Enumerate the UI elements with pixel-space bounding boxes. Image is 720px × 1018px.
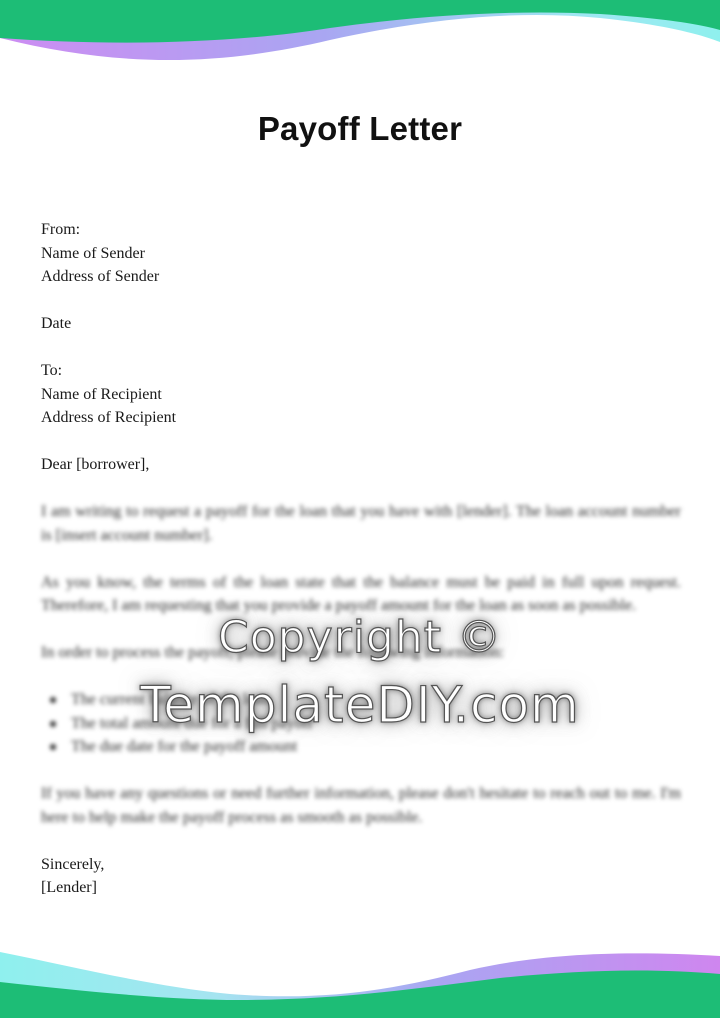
watermark-copyright: Copyright ©: [0, 612, 720, 663]
closing: Sincerely,: [41, 853, 681, 877]
paragraph-closing: If you have any questions or need furthe…: [41, 782, 681, 829]
paragraph-request: I am writing to request a payoff for the…: [41, 500, 681, 547]
sender-block: From: Name of Sender Address of Sender: [41, 218, 681, 289]
letter-body: From: Name of Sender Address of Sender D…: [41, 218, 681, 900]
page-title: Payoff Letter: [0, 110, 720, 148]
recipient-name: Name of Recipient: [41, 383, 681, 407]
recipient-block: To: Name of Recipient Address of Recipie…: [41, 359, 681, 430]
spacer: [41, 547, 681, 571]
recipient-address: Address of Recipient: [41, 406, 681, 430]
sender-label: From:: [41, 218, 681, 242]
bullet-item: The due date for the payoff amount: [49, 735, 681, 759]
spacer: [41, 336, 681, 360]
spacer: [41, 829, 681, 853]
top-wave-decoration: [0, 0, 720, 80]
salutation: Dear [borrower],: [41, 453, 681, 477]
sender-name: Name of Sender: [41, 242, 681, 266]
watermark-site: TemplateDIY.com: [0, 676, 720, 734]
bottom-wave-decoration: [0, 938, 720, 1018]
signature: [Lender]: [41, 876, 681, 900]
paragraph-terms: As you know, the terms of the loan state…: [41, 571, 681, 618]
recipient-label: To:: [41, 359, 681, 383]
spacer: [41, 430, 681, 454]
spacer: [41, 759, 681, 783]
spacer: [41, 477, 681, 501]
spacer: [41, 289, 681, 313]
sender-address: Address of Sender: [41, 265, 681, 289]
letter-date: Date: [41, 312, 681, 336]
